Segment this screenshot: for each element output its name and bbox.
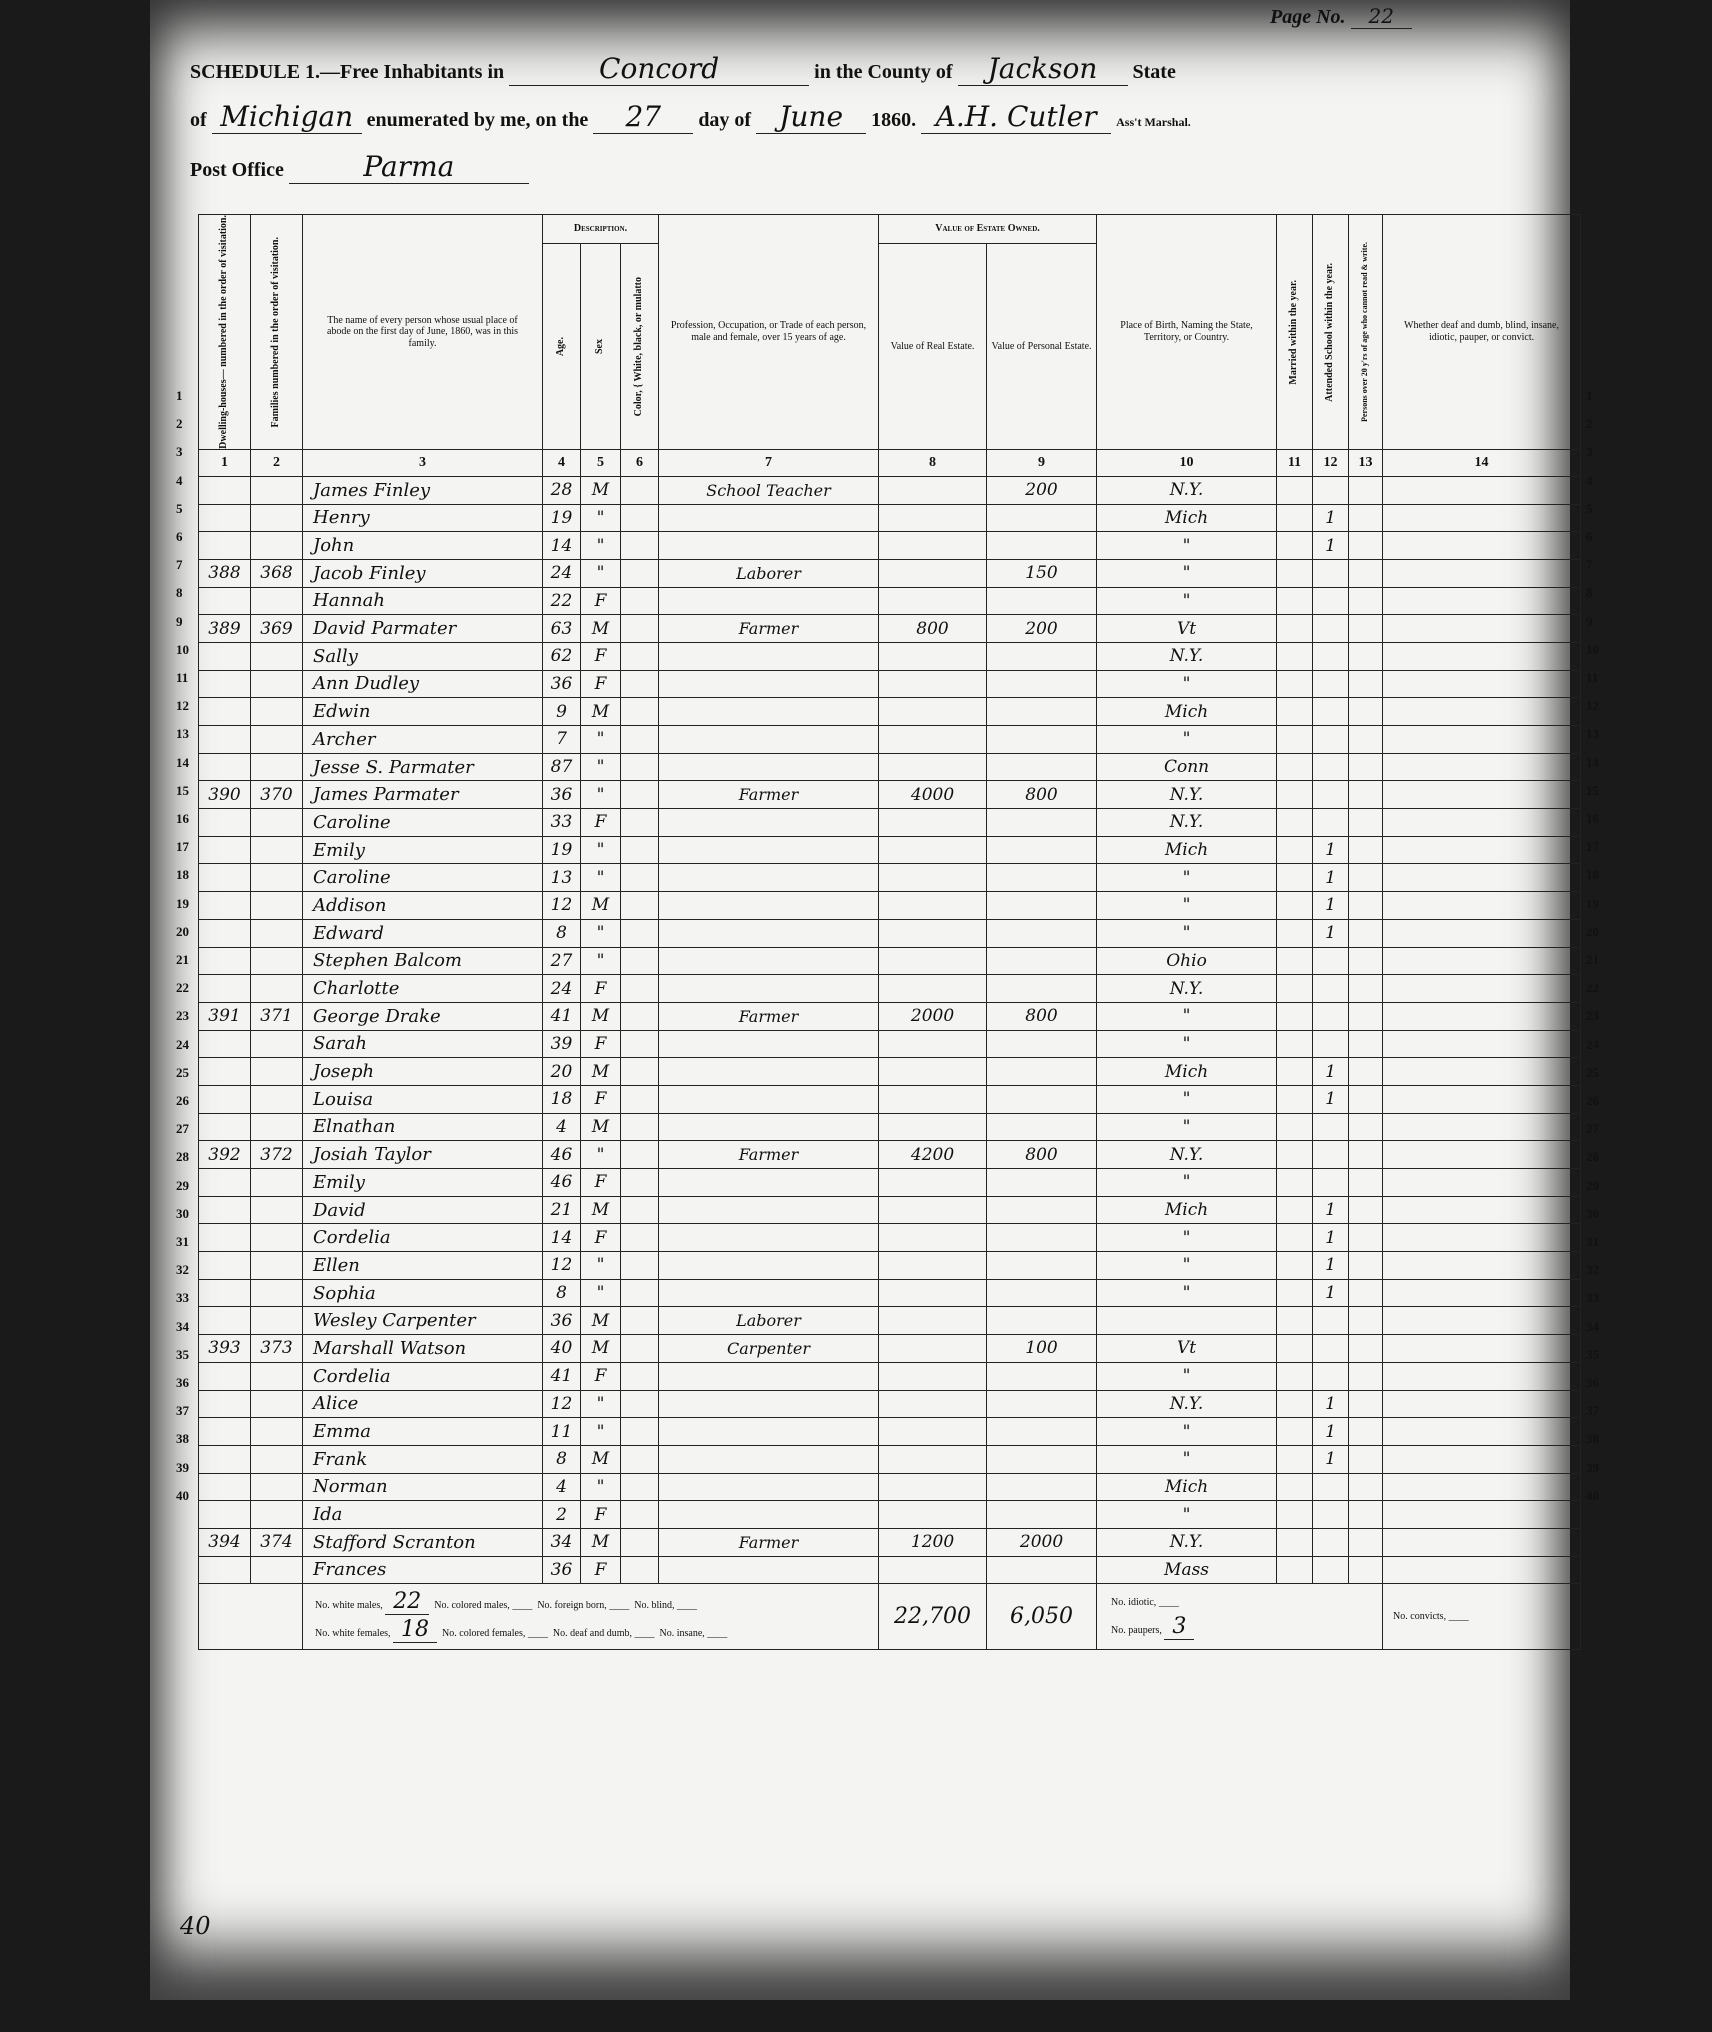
cell-married <box>1277 1528 1313 1556</box>
cell-occupation <box>659 670 879 698</box>
cell-married <box>1277 698 1313 726</box>
post-office-field: Parma <box>289 150 529 184</box>
cell-married <box>1277 1113 1313 1141</box>
cell-family <box>251 1252 303 1280</box>
white-females-count: 18 <box>393 1617 437 1643</box>
cell-married <box>1277 476 1313 504</box>
table-row: Addison12M"1 <box>199 892 1581 920</box>
cell-dwelling <box>199 1169 251 1197</box>
cell-color <box>621 1113 659 1141</box>
table-row: 393373Marshall Watson40MCarpenter100Vt <box>199 1335 1581 1363</box>
cell-birthplace: " <box>1097 919 1277 947</box>
cell-family <box>251 504 303 532</box>
cell-married <box>1277 587 1313 615</box>
cell-name: Caroline <box>303 809 543 837</box>
cell-dwelling <box>199 919 251 947</box>
line-number: 33 <box>1586 1290 1599 1306</box>
cell-name: Marshall Watson <box>303 1335 543 1363</box>
cell-personal <box>987 1030 1097 1058</box>
cell-birthplace: " <box>1097 1418 1277 1446</box>
cell-color <box>621 1473 659 1501</box>
cell-condition <box>1383 1002 1581 1030</box>
cell-family <box>251 698 303 726</box>
table-row: Edwin9MMich <box>199 698 1581 726</box>
cell-condition <box>1383 1445 1581 1473</box>
cell-name: Elnathan <box>303 1113 543 1141</box>
cell-illiterate <box>1349 504 1383 532</box>
cell-personal <box>987 642 1097 670</box>
cell-birthplace: " <box>1097 1252 1277 1280</box>
cell-birthplace: Ohio <box>1097 947 1277 975</box>
table-row: Elnathan4M" <box>199 1113 1581 1141</box>
cell-color <box>621 1445 659 1473</box>
line-number: 32 <box>176 1262 189 1278</box>
line-number: 11 <box>1586 670 1598 686</box>
cell-age: 2 <box>543 1501 581 1529</box>
cell-dwelling <box>199 1473 251 1501</box>
cell-dwelling: 388 <box>199 559 251 587</box>
cell-name: James Finley <box>303 476 543 504</box>
cell-illiterate <box>1349 1002 1383 1030</box>
cell-family <box>251 1196 303 1224</box>
cell-real: 800 <box>879 615 987 643</box>
cell-real <box>879 919 987 947</box>
cell-real <box>879 532 987 560</box>
cell-birthplace: " <box>1097 1445 1277 1473</box>
line-number: 1 <box>1586 388 1593 404</box>
cell-sex: M <box>581 892 621 920</box>
line-number: 20 <box>176 924 189 940</box>
cell-birthplace: " <box>1097 1030 1277 1058</box>
cell-sex: " <box>581 864 621 892</box>
line-number: 14 <box>1586 755 1599 771</box>
cell-family: 368 <box>251 559 303 587</box>
cell-family <box>251 532 303 560</box>
cell-age: 22 <box>543 587 581 615</box>
cell-married <box>1277 670 1313 698</box>
cell-dwelling <box>199 1030 251 1058</box>
cell-sex: F <box>581 809 621 837</box>
cell-school <box>1313 753 1349 781</box>
cell-color <box>621 753 659 781</box>
cell-illiterate <box>1349 1528 1383 1556</box>
county-field: Jackson <box>958 52 1128 86</box>
cell-age: 39 <box>543 1030 581 1058</box>
cell-illiterate <box>1349 836 1383 864</box>
cell-real <box>879 559 987 587</box>
cell-condition <box>1383 1196 1581 1224</box>
cell-family <box>251 836 303 864</box>
cell-married <box>1277 1224 1313 1252</box>
line-number: 16 <box>1586 811 1599 827</box>
cell-name: Emily <box>303 1169 543 1197</box>
line-number: 15 <box>176 783 189 799</box>
cell-birthplace: " <box>1097 1501 1277 1529</box>
col-header-sex: Sex <box>581 244 621 450</box>
cell-condition <box>1383 1418 1581 1446</box>
cell-age: 12 <box>543 1390 581 1418</box>
cell-illiterate <box>1349 698 1383 726</box>
cell-condition <box>1383 864 1581 892</box>
cell-age: 19 <box>543 504 581 532</box>
cell-occupation: Farmer <box>659 781 879 809</box>
cell-dwelling <box>199 587 251 615</box>
cell-age: 11 <box>543 1418 581 1446</box>
cell-family <box>251 809 303 837</box>
cell-real <box>879 726 987 754</box>
line-number: 6 <box>176 529 183 545</box>
table-row: Wesley Carpenter36MLaborer <box>199 1307 1581 1335</box>
cell-condition <box>1383 587 1581 615</box>
cell-color <box>621 947 659 975</box>
cell-occupation <box>659 1501 879 1529</box>
line-number: 18 <box>176 867 189 883</box>
cell-age: 36 <box>543 1307 581 1335</box>
cell-married <box>1277 1196 1313 1224</box>
cell-sex: " <box>581 753 621 781</box>
state-field: Michigan <box>212 100 362 134</box>
line-number: 13 <box>1586 726 1599 742</box>
line-number: 35 <box>176 1347 189 1363</box>
line-number: 9 <box>176 614 183 630</box>
cell-color <box>621 1362 659 1390</box>
cell-condition <box>1383 1085 1581 1113</box>
cell-illiterate <box>1349 1473 1383 1501</box>
cell-illiterate <box>1349 476 1383 504</box>
cell-dwelling <box>199 836 251 864</box>
cell-illiterate <box>1349 919 1383 947</box>
cell-name: Henry <box>303 504 543 532</box>
cell-condition <box>1383 1058 1581 1086</box>
cell-real <box>879 1556 987 1584</box>
cell-sex: " <box>581 559 621 587</box>
cell-occupation <box>659 1390 879 1418</box>
cell-color <box>621 1307 659 1335</box>
table-row: Frank8M"1 <box>199 1445 1581 1473</box>
line-number: 30 <box>1586 1206 1599 1222</box>
cell-occupation <box>659 864 879 892</box>
cell-illiterate <box>1349 753 1383 781</box>
line-number: 40 <box>176 1488 189 1504</box>
cell-birthplace: " <box>1097 1113 1277 1141</box>
line-number: 25 <box>176 1065 189 1081</box>
cell-illiterate <box>1349 587 1383 615</box>
cell-occupation <box>659 698 879 726</box>
cell-real <box>879 947 987 975</box>
cell-dwelling <box>199 1113 251 1141</box>
cell-name: Jesse S. Parmater <box>303 753 543 781</box>
cell-personal <box>987 947 1097 975</box>
cell-condition <box>1383 504 1581 532</box>
cell-real <box>879 1030 987 1058</box>
cell-family <box>251 1169 303 1197</box>
cell-illiterate <box>1349 1113 1383 1141</box>
cell-age: 28 <box>543 476 581 504</box>
cell-married <box>1277 781 1313 809</box>
cell-age: 27 <box>543 947 581 975</box>
cell-real <box>879 1224 987 1252</box>
cell-occupation <box>659 1169 879 1197</box>
cell-illiterate <box>1349 975 1383 1003</box>
table-row: Sophia8""1 <box>199 1279 1581 1307</box>
column-number: 9 <box>987 449 1097 476</box>
cell-dwelling <box>199 1058 251 1086</box>
cell-illiterate <box>1349 1030 1383 1058</box>
cell-age: 24 <box>543 975 581 1003</box>
cell-color <box>621 698 659 726</box>
cell-age: 8 <box>543 1279 581 1307</box>
cell-condition <box>1383 836 1581 864</box>
table-row: Ida2F" <box>199 1501 1581 1529</box>
cell-occupation: Farmer <box>659 1141 879 1169</box>
cell-dwelling <box>199 1390 251 1418</box>
cell-name: Joseph <box>303 1058 543 1086</box>
cell-dwelling <box>199 864 251 892</box>
cell-personal <box>987 1556 1097 1584</box>
cell-family: 372 <box>251 1141 303 1169</box>
cell-sex: F <box>581 1169 621 1197</box>
cell-occupation <box>659 1279 879 1307</box>
cell-school <box>1313 1141 1349 1169</box>
table-row: Edward8""1 <box>199 919 1581 947</box>
cell-school: 1 <box>1313 919 1349 947</box>
cell-dwelling: 393 <box>199 1335 251 1363</box>
cell-personal <box>987 726 1097 754</box>
cell-sex: M <box>581 1528 621 1556</box>
table-row: Hannah22F" <box>199 587 1581 615</box>
cell-real <box>879 642 987 670</box>
cell-occupation <box>659 1556 879 1584</box>
cell-color <box>621 1252 659 1280</box>
cell-occupation <box>659 1473 879 1501</box>
cell-illiterate <box>1349 1279 1383 1307</box>
col-header-married: Married within the year. <box>1277 215 1313 450</box>
cell-school <box>1313 1473 1349 1501</box>
page-number-value: 22 <box>1351 4 1412 29</box>
cell-real <box>879 864 987 892</box>
cell-illiterate <box>1349 864 1383 892</box>
cell-age: 87 <box>543 753 581 781</box>
cell-school <box>1313 1501 1349 1529</box>
column-number: 11 <box>1277 449 1313 476</box>
cell-color <box>621 836 659 864</box>
cell-real <box>879 975 987 1003</box>
header-line-1: SCHEDULE 1.—Free Inhabitants in Concord … <box>190 52 1176 86</box>
cell-illiterate <box>1349 1445 1383 1473</box>
cell-sex: M <box>581 1196 621 1224</box>
line-number: 32 <box>1586 1262 1599 1278</box>
cell-dwelling <box>199 1501 251 1529</box>
cell-married <box>1277 1307 1313 1335</box>
cell-age: 12 <box>543 892 581 920</box>
cell-name: Frances <box>303 1556 543 1584</box>
cell-real <box>879 670 987 698</box>
cell-real <box>879 1418 987 1446</box>
cell-name: Charlotte <box>303 975 543 1003</box>
cell-name: James Parmater <box>303 781 543 809</box>
col-header-occupation: Profession, Occupation, or Trade of each… <box>659 215 879 450</box>
cell-personal <box>987 1169 1097 1197</box>
cell-occupation <box>659 1224 879 1252</box>
cell-occupation <box>659 1196 879 1224</box>
cell-color <box>621 1501 659 1529</box>
cell-married <box>1277 1058 1313 1086</box>
line-number: 21 <box>1586 952 1599 968</box>
cell-sex: " <box>581 1390 621 1418</box>
table-row: 394374Stafford Scranton34MFarmer12002000… <box>199 1528 1581 1556</box>
cell-birthplace: " <box>1097 892 1277 920</box>
cell-sex: M <box>581 1002 621 1030</box>
cell-condition <box>1383 476 1581 504</box>
cell-married <box>1277 532 1313 560</box>
real-estate-total: 22,700 <box>879 1584 987 1650</box>
cell-birthplace: " <box>1097 532 1277 560</box>
cell-school: 1 <box>1313 864 1349 892</box>
cell-occupation <box>659 1445 879 1473</box>
cell-birthplace: " <box>1097 670 1277 698</box>
cell-real <box>879 587 987 615</box>
cell-age: 4 <box>543 1473 581 1501</box>
table-row: Caroline33FN.Y. <box>199 809 1581 837</box>
cell-sex: M <box>581 1113 621 1141</box>
cell-illiterate <box>1349 726 1383 754</box>
cell-condition <box>1383 1556 1581 1584</box>
cell-name: Norman <box>303 1473 543 1501</box>
cell-age: 7 <box>543 726 581 754</box>
cell-real <box>879 1279 987 1307</box>
line-number: 23 <box>176 1008 189 1024</box>
cell-dwelling <box>199 753 251 781</box>
cell-personal: 150 <box>987 559 1097 587</box>
column-number: 14 <box>1383 449 1581 476</box>
cell-personal: 800 <box>987 1141 1097 1169</box>
cell-birthplace: N.Y. <box>1097 781 1277 809</box>
cell-family: 369 <box>251 615 303 643</box>
cell-school <box>1313 809 1349 837</box>
cell-sex: " <box>581 504 621 532</box>
cell-condition <box>1383 559 1581 587</box>
cell-personal <box>987 1473 1097 1501</box>
cell-color <box>621 642 659 670</box>
summary-row: No. white males, 22 No. colored males, _… <box>199 1584 1581 1650</box>
cell-real <box>879 1307 987 1335</box>
cell-dwelling <box>199 726 251 754</box>
cell-married <box>1277 1501 1313 1529</box>
cell-name: Frank <box>303 1445 543 1473</box>
cell-color <box>621 892 659 920</box>
line-number: 17 <box>176 839 189 855</box>
cell-married <box>1277 809 1313 837</box>
cell-school: 1 <box>1313 1085 1349 1113</box>
cell-family: 374 <box>251 1528 303 1556</box>
cell-age: 12 <box>543 1252 581 1280</box>
cell-name: Sarah <box>303 1030 543 1058</box>
cell-dwelling <box>199 670 251 698</box>
table-row: Cordelia41F" <box>199 1362 1581 1390</box>
line-number: 39 <box>176 1460 189 1476</box>
header-line-3: Post Office Parma <box>190 150 529 184</box>
cell-illiterate <box>1349 1252 1383 1280</box>
cell-color <box>621 975 659 1003</box>
column-number: 8 <box>879 449 987 476</box>
cell-occupation: Farmer <box>659 615 879 643</box>
cell-personal <box>987 698 1097 726</box>
table-row: 389369David Parmater63MFarmer800200Vt <box>199 615 1581 643</box>
cell-name: Louisa <box>303 1085 543 1113</box>
line-number: 22 <box>176 980 189 996</box>
cell-birthplace: " <box>1097 587 1277 615</box>
line-number: 37 <box>176 1403 189 1419</box>
cell-illiterate <box>1349 1335 1383 1363</box>
cell-condition <box>1383 532 1581 560</box>
cell-condition <box>1383 1307 1581 1335</box>
cell-dwelling <box>199 1556 251 1584</box>
cell-dwelling <box>199 1307 251 1335</box>
cell-school: 1 <box>1313 836 1349 864</box>
cell-school <box>1313 726 1349 754</box>
cell-married <box>1277 726 1313 754</box>
cell-condition <box>1383 975 1581 1003</box>
cell-sex: M <box>581 1445 621 1473</box>
cell-real <box>879 1390 987 1418</box>
line-number: 22 <box>1586 980 1599 996</box>
cell-condition <box>1383 1252 1581 1280</box>
cell-personal <box>987 919 1097 947</box>
line-number: 5 <box>1586 501 1593 517</box>
cell-personal: 800 <box>987 1002 1097 1030</box>
cell-personal <box>987 1058 1097 1086</box>
cell-sex: " <box>581 947 621 975</box>
cell-school <box>1313 615 1349 643</box>
cell-married <box>1277 892 1313 920</box>
cell-age: 63 <box>543 615 581 643</box>
cell-personal <box>987 975 1097 1003</box>
cell-dwelling <box>199 1085 251 1113</box>
cell-real <box>879 504 987 532</box>
cell-age: 36 <box>543 1556 581 1584</box>
cell-birthplace: " <box>1097 1002 1277 1030</box>
cell-illiterate <box>1349 947 1383 975</box>
cell-school <box>1313 947 1349 975</box>
cell-married <box>1277 1085 1313 1113</box>
line-number: 20 <box>1586 924 1599 940</box>
cell-school: 1 <box>1313 1058 1349 1086</box>
cell-birthplace: " <box>1097 1085 1277 1113</box>
cell-married <box>1277 1335 1313 1363</box>
cell-family <box>251 947 303 975</box>
cell-family <box>251 1030 303 1058</box>
line-number: 4 <box>1586 473 1593 489</box>
cell-illiterate <box>1349 1224 1383 1252</box>
cell-married <box>1277 1030 1313 1058</box>
cell-married <box>1277 864 1313 892</box>
line-number: 37 <box>1586 1403 1599 1419</box>
cell-personal <box>987 864 1097 892</box>
cell-color <box>621 809 659 837</box>
cell-married <box>1277 753 1313 781</box>
line-number: 24 <box>1586 1037 1599 1053</box>
cell-school <box>1313 1169 1349 1197</box>
line-number: 8 <box>1586 585 1593 601</box>
cell-name: Ann Dudley <box>303 670 543 698</box>
cell-occupation <box>659 919 879 947</box>
cell-real: 1200 <box>879 1528 987 1556</box>
cell-birthplace: N.Y. <box>1097 476 1277 504</box>
cell-condition <box>1383 753 1581 781</box>
cell-dwelling <box>199 642 251 670</box>
cell-condition <box>1383 1390 1581 1418</box>
cell-family <box>251 753 303 781</box>
